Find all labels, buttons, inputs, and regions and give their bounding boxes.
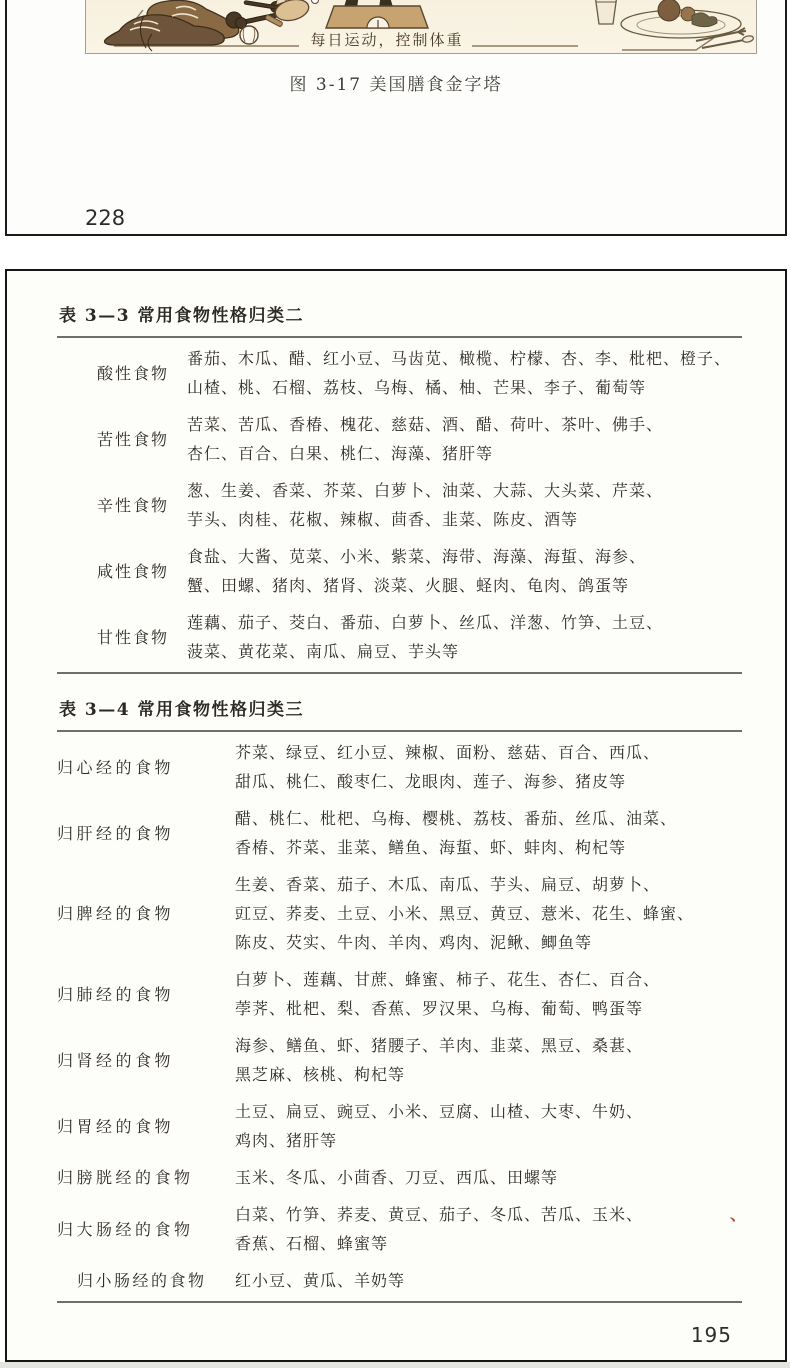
table-row: 归心经的食物芥菜、绿豆、红小豆、辣椒、面粉、慈菇、百合、西瓜、 甜瓜、桃仁、酸枣… (57, 734, 742, 800)
row-foods: 玉米、冬瓜、小茴香、刀豆、西瓜、田螺等 (235, 1163, 742, 1192)
table-row: 辛性食物葱、生姜、香菜、芥菜、白萝卜、油菜、大蒜、大头菜、芹菜、 芋头、肉桂、花… (57, 472, 742, 538)
figure-caption: 图 3-17 美国膳食金字塔 (7, 70, 785, 95)
sneakers-icon (105, 0, 239, 51)
row-category-label: 归小肠经的食物 (57, 1266, 235, 1295)
row-category-label: 归脾经的食物 (57, 899, 235, 928)
row-foods: 芥菜、绿豆、红小豆、辣椒、面粉、慈菇、百合、西瓜、 甜瓜、桃仁、酸枣仁、龙眼肉、… (235, 738, 742, 796)
table-3-4-title: 表 3—4 常用食物性格归类三 (59, 698, 742, 722)
table-row: 归脾经的食物生姜、香菜、茄子、木瓜、南瓜、芋头、扁豆、胡萝卜、 豇豆、荞麦、土豆… (57, 866, 742, 961)
row-foods: 葱、生姜、香菜、芥菜、白萝卜、油菜、大蒜、大头菜、芹菜、 芋头、肉桂、花椒、辣椒… (187, 476, 742, 534)
glass-icon (595, 0, 617, 24)
figure-frame: 每日运动，控制体重 (85, 0, 757, 54)
table-row: 归膀胱经的食物玉米、冬瓜、小茴香、刀豆、西瓜、田螺等 (57, 1159, 742, 1196)
scale-with-feet-icon (326, 0, 428, 28)
row-foods: 白萝卜、莲藕、甘蔗、蜂蜜、柿子、花生、杏仁、百合、 荸荠、枇杷、梨、香蕉、罗汉果… (235, 965, 742, 1023)
row-foods: 莲藕、茄子、茭白、番茄、白萝卜、丝瓜、洋葱、竹笋、土豆、 菠菜、黄花菜、南瓜、扁… (187, 608, 742, 666)
row-category-label: 甘性食物 (57, 623, 187, 652)
food-pyramid-illustration: 每日运动，控制体重 (86, 0, 757, 52)
stray-red-mark: 、 (730, 1200, 746, 1229)
page-228: 每日运动，控制体重 图 3-17 美国膳食金字塔 228 (5, 0, 787, 236)
row-foods: 白菜、竹笋、荞麦、黄豆、茄子、冬瓜、苦瓜、玉米、 香蕉、石榴、蜂蜜等 (235, 1200, 742, 1258)
table-row: 归肺经的食物白萝卜、莲藕、甘蔗、蜂蜜、柿子、花生、杏仁、百合、 荸荠、枇杷、梨、… (57, 961, 742, 1027)
baseball-icon (240, 26, 258, 44)
row-foods: 生姜、香菜、茄子、木瓜、南瓜、芋头、扁豆、胡萝卜、 豇豆、荞麦、土豆、小米、黑豆… (235, 870, 742, 957)
row-category-label: 苦性食物 (57, 425, 187, 454)
row-category-label: 归肺经的食物 (57, 980, 235, 1009)
row-category-label: 归膀胱经的食物 (57, 1163, 235, 1192)
table-row: 归小肠经的食物红小豆、黄瓜、羊奶等 (57, 1262, 742, 1299)
row-foods: 土豆、扁豆、豌豆、小米、豆腐、山楂、大枣、牛奶、 鸡肉、猪肝等 (235, 1097, 742, 1155)
row-category-label: 归肝经的食物 (57, 819, 235, 848)
table-row: 归肝经的食物醋、桃仁、枇杷、乌梅、樱桃、荔枝、番茄、丝瓜、油菜、 香椿、芥菜、韭… (57, 800, 742, 866)
page-number-228: 228 (85, 206, 125, 230)
row-category-label: 辛性食物 (57, 491, 187, 520)
table-row: 归大肠经的食物白菜、竹笋、荞麦、黄豆、茄子、冬瓜、苦瓜、玉米、 香蕉、石榴、蜂蜜… (57, 1196, 742, 1262)
row-category-label: 归胃经的食物 (57, 1112, 235, 1141)
row-category-label: 归心经的食物 (57, 753, 235, 782)
table-row: 咸性食物食盐、大酱、苋菜、小米、紫菜、海带、海藻、海蜇、海参、 蟹、田螺、猪肉、… (57, 538, 742, 604)
table-row: 酸性食物番茄、木瓜、醋、红小豆、马齿苋、橄榄、柠檬、杏、李、枇杷、橙子、 山楂、… (57, 340, 742, 406)
row-foods: 苦菜、苦瓜、香椿、槐花、慈菇、酒、醋、荷叶、茶叶、佛手、 杏仁、百合、白果、桃仁… (187, 410, 742, 468)
row-foods: 食盐、大酱、苋菜、小米、紫菜、海带、海藻、海蜇、海参、 蟹、田螺、猪肉、猪肾、淡… (187, 542, 742, 600)
table-row: 归肾经的食物海参、鳝鱼、虾、猪腰子、羊肉、韭菜、黑豆、桑葚、 黑芝麻、核桃、枸杞… (57, 1027, 742, 1093)
row-foods: 番茄、木瓜、醋、红小豆、马齿苋、橄榄、柠檬、杏、李、枇杷、橙子、 山楂、桃、石榴… (187, 344, 742, 402)
row-category-label: 酸性食物 (57, 359, 187, 388)
row-foods: 海参、鳝鱼、虾、猪腰子、羊肉、韭菜、黑豆、桑葚、 黑芝麻、核桃、枸杞等 (235, 1031, 742, 1089)
table-row: 甘性食物莲藕、茄子、茭白、番茄、白萝卜、丝瓜、洋葱、竹笋、土豆、 菠菜、黄花菜、… (57, 604, 742, 670)
illustration-caption: 每日运动，控制体重 (310, 31, 463, 49)
table-3-3: 酸性食物番茄、木瓜、醋、红小豆、马齿苋、橄榄、柠檬、杏、李、枇杷、橙子、 山楂、… (57, 336, 742, 674)
row-foods: 红小豆、黄瓜、羊奶等 (235, 1266, 742, 1295)
scan-canvas: 每日运动，控制体重 图 3-17 美国膳食金字塔 228 表 3—3 常用食物性… (0, 0, 790, 1368)
page-195: 表 3—3 常用食物性格归类二 酸性食物番茄、木瓜、醋、红小豆、马齿苋、橄榄、柠… (5, 269, 787, 1362)
scan-bottom-edge (0, 1362, 790, 1368)
row-category-label: 咸性食物 (57, 557, 187, 586)
row-category-label: 归肾经的食物 (57, 1046, 235, 1075)
row-category-label: 归大肠经的食物 (57, 1215, 235, 1244)
row-foods: 醋、桃仁、枇杷、乌梅、樱桃、荔枝、番茄、丝瓜、油菜、 香椿、芥菜、韭菜、鳝鱼、海… (235, 804, 742, 862)
table-row: 归胃经的食物土豆、扁豆、豌豆、小米、豆腐、山楂、大枣、牛奶、 鸡肉、猪肝等 (57, 1093, 742, 1159)
table-3-3-title: 表 3—3 常用食物性格归类二 (59, 304, 742, 328)
table-3-4: 归心经的食物芥菜、绿豆、红小豆、辣椒、面粉、慈菇、百合、西瓜、 甜瓜、桃仁、酸枣… (57, 730, 742, 1303)
table-row: 苦性食物苦菜、苦瓜、香椿、槐花、慈菇、酒、醋、荷叶、茶叶、佛手、 杏仁、百合、白… (57, 406, 742, 472)
page-number-195: 195 (57, 1323, 742, 1347)
plate-icon (621, 0, 741, 38)
